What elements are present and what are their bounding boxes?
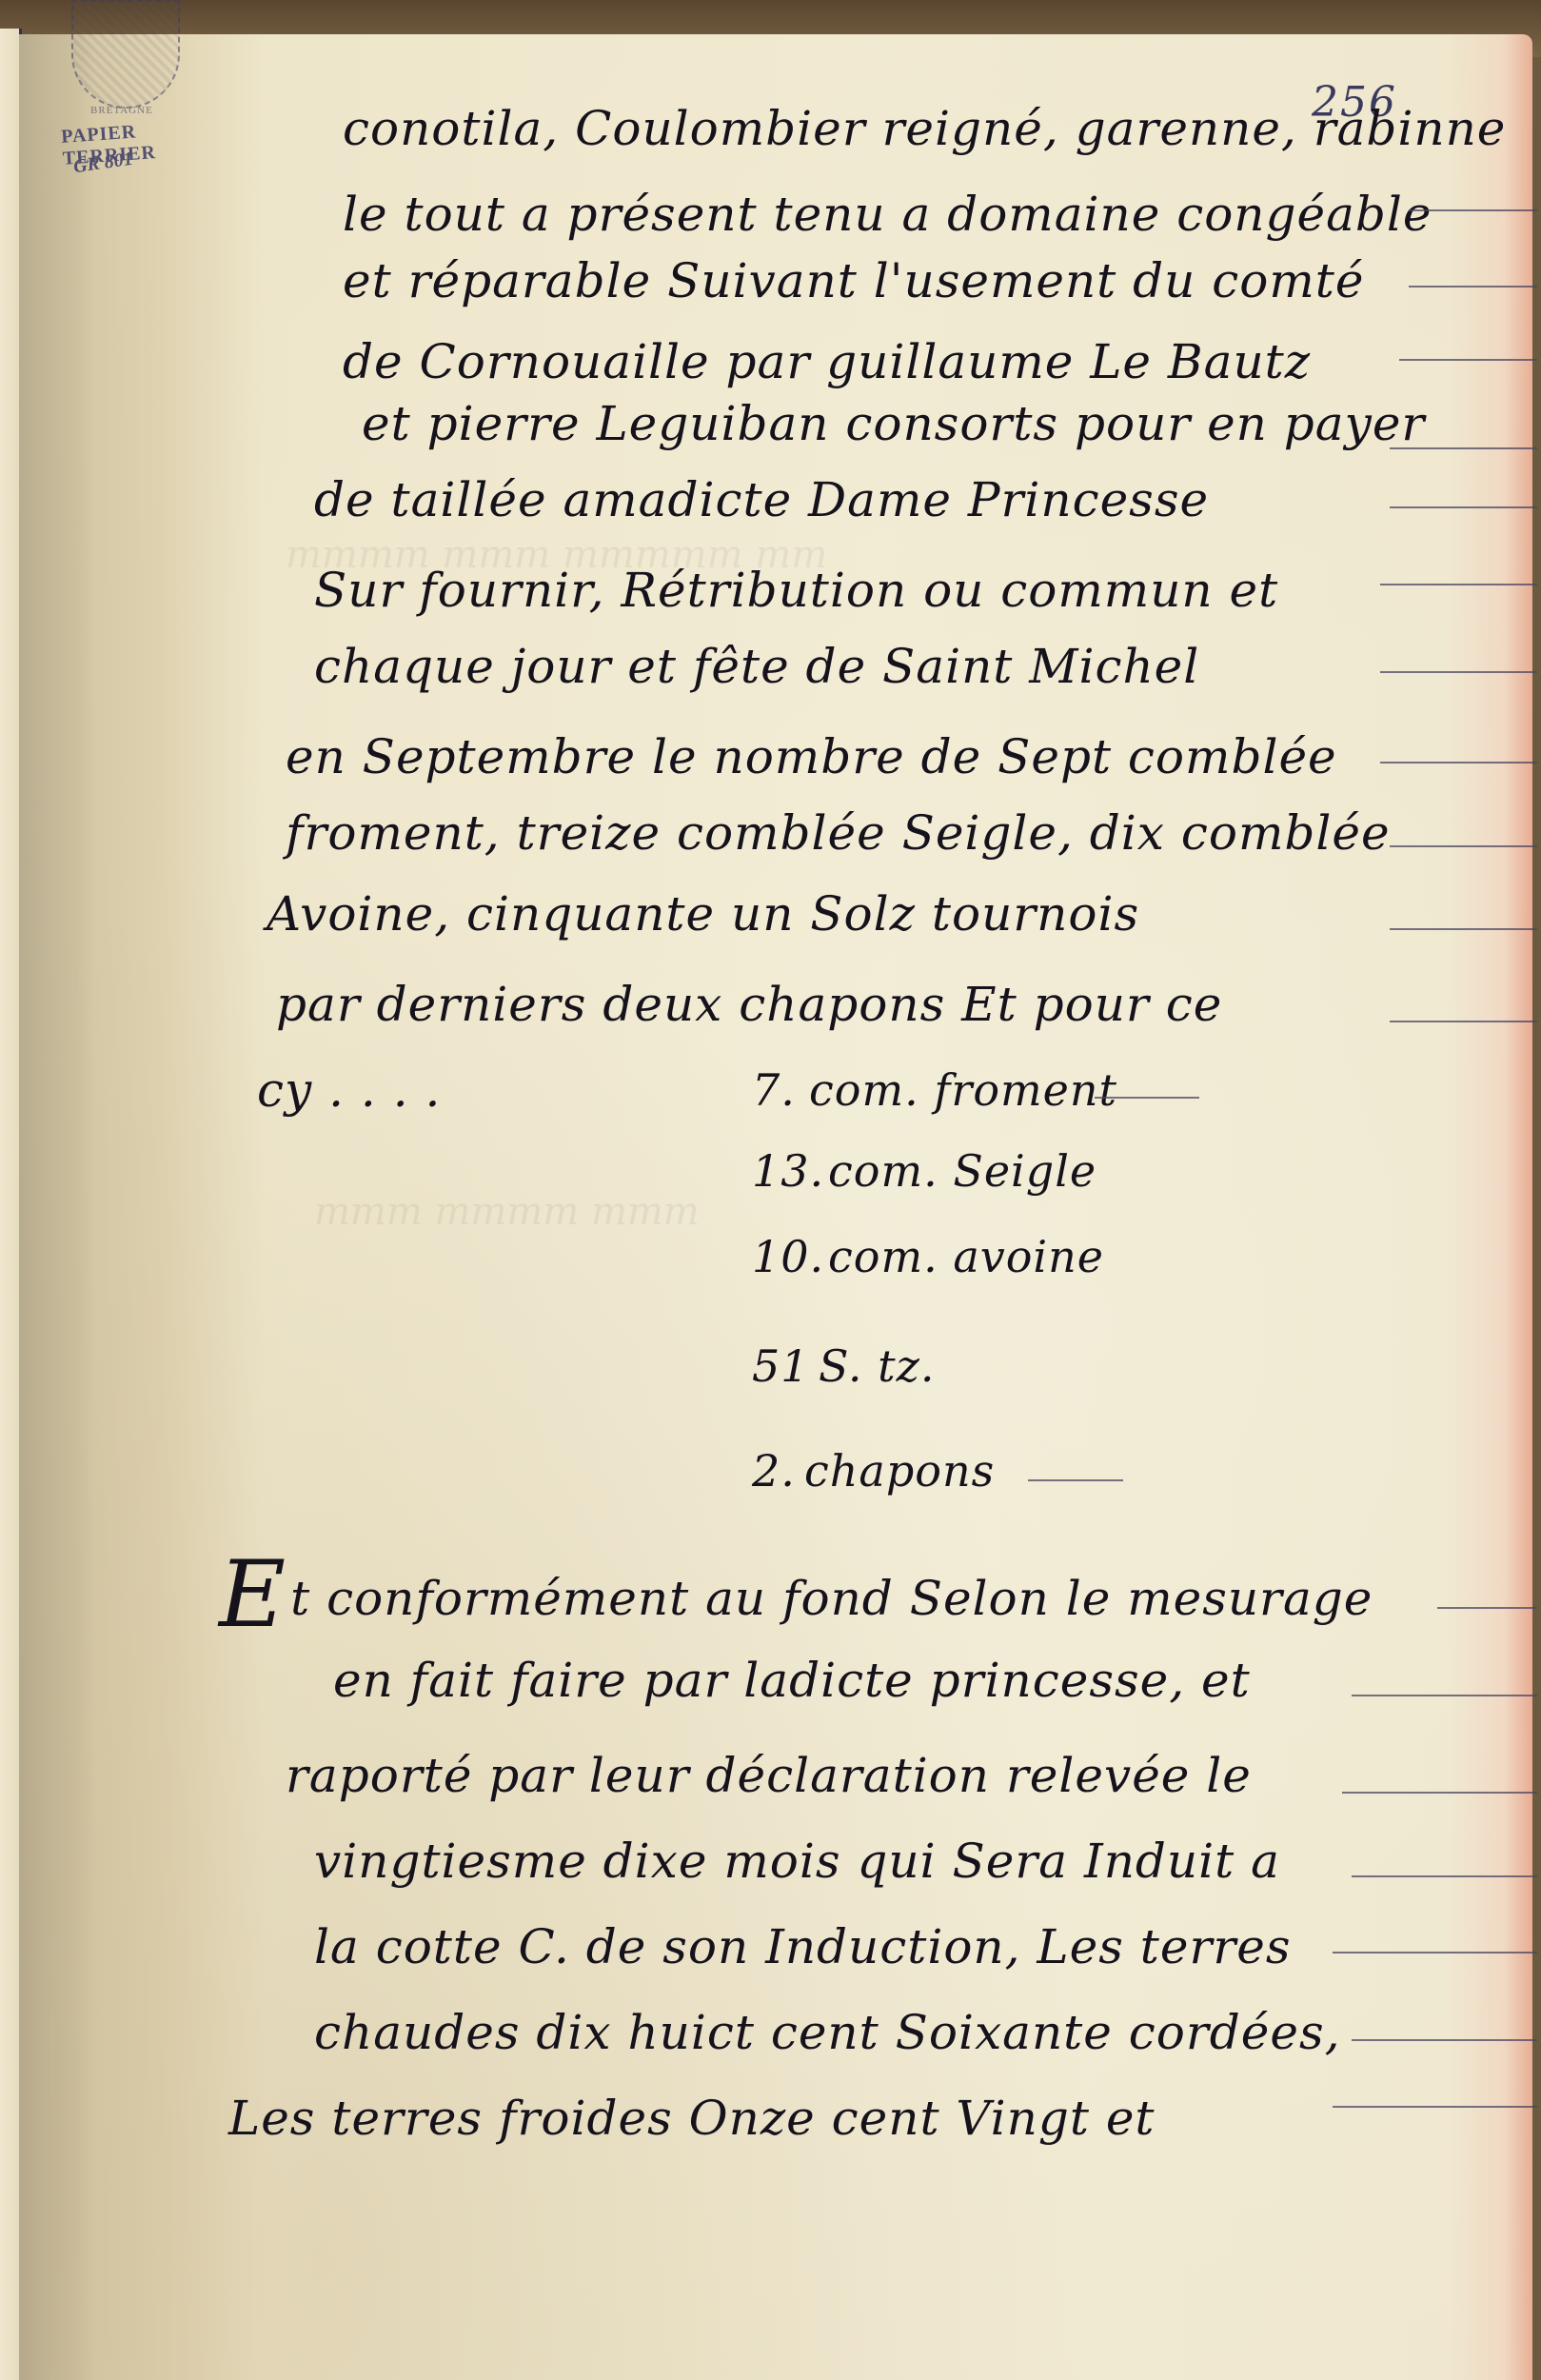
line-filler-stroke — [1409, 209, 1537, 211]
manuscript-line: Les terres froides Onze cent Vingt et — [0, 2085, 1541, 2152]
tally-item: com. Seigle — [828, 1138, 1096, 1204]
manuscript-line: de Cornouaille par guillaume Le Bautz — [0, 328, 1541, 395]
manuscript-line: vingtiesme dixe mois qui Sera Induit a — [0, 1828, 1541, 1894]
tally-quantity: 13. — [752, 1138, 824, 1204]
manuscript-line: par derniers deux chapons Et pour ce — [0, 971, 1541, 1038]
line-filler-stroke — [1390, 506, 1537, 508]
tally-entry: 51 S. tz. — [0, 1333, 1541, 1399]
manuscript-line: raporté par leur déclaration relevée le — [0, 1742, 1541, 1809]
manuscript-line: chaudes dix huict cent Soixante cordées, — [0, 1999, 1541, 2066]
line-filler-stroke — [1028, 1479, 1123, 1481]
tally-entry: 2. chapons — [0, 1438, 1541, 1504]
line-filler-stroke — [1380, 671, 1537, 673]
manuscript-line: et réparable Suivant l'usement du comté — [0, 248, 1541, 314]
tally-entry: 7. com. froment — [0, 1057, 1541, 1123]
tally-item: S. tz. — [819, 1333, 935, 1399]
tally-item: com. froment — [809, 1057, 1117, 1123]
line-filler-stroke — [1399, 359, 1537, 361]
manuscript-line: Sur fournir, Rétribution ou commun et — [0, 557, 1541, 624]
tally-quantity: 51 — [752, 1333, 810, 1399]
tally-item: chapons — [804, 1438, 995, 1504]
line-filler-stroke — [1333, 2106, 1537, 2108]
line-filler-stroke — [1095, 1097, 1199, 1099]
manuscript-line: en Septembre le nombre de Sept comblée — [0, 724, 1541, 790]
manuscript-line: la cotte C. de son Induction, Les terres — [0, 1914, 1541, 1980]
tally-quantity: 10. — [752, 1223, 824, 1290]
line-filler-stroke — [1333, 1952, 1537, 1954]
line-filler-stroke — [1390, 447, 1537, 449]
manuscript-line: de taillée amadicte Dame Princesse — [0, 466, 1541, 533]
manuscript-line: froment, treize comblée Seigle, dix comb… — [0, 800, 1541, 866]
manuscript-line: Avoine, cinquante un Solz tournois — [0, 881, 1541, 947]
line-filler-stroke — [1352, 1875, 1537, 1877]
line-filler-stroke — [1409, 286, 1537, 288]
manuscript-line: conotila, Coulombier reigné, garenne, ra… — [0, 95, 1541, 162]
line-filler-stroke — [1342, 1792, 1537, 1794]
drop-cap: E — [219, 1541, 286, 1648]
line-filler-stroke — [1352, 1695, 1537, 1696]
coat-of-arms-icon — [71, 0, 180, 109]
tally-quantity: 2. — [752, 1438, 796, 1504]
tally-quantity: 7. — [752, 1057, 796, 1123]
manuscript-line: et pierre Leguiban consorts pour en paye… — [0, 390, 1541, 457]
tally-entry: 10. com. avoine — [0, 1223, 1541, 1290]
tally-item: com. avoine — [828, 1223, 1104, 1290]
tally-entry: 13. com. Seigle — [0, 1138, 1541, 1204]
manuscript-line: en fait faire par ladicte princesse, et — [0, 1647, 1541, 1714]
line-filler-stroke — [1380, 584, 1537, 585]
line-filler-stroke — [1390, 928, 1537, 930]
line-filler-stroke — [1390, 1021, 1537, 1022]
line-filler-stroke — [1352, 2039, 1537, 2041]
line-filler-stroke — [1380, 762, 1537, 764]
manuscript-line: Et conformément au fond Selon le mesurag… — [0, 1561, 1541, 1628]
manuscript-line: chaque jour et fête de Saint Michel — [0, 633, 1541, 700]
manuscript-line: le tout a présent tenu a domaine congéab… — [0, 181, 1541, 248]
line-filler-stroke — [1390, 845, 1537, 847]
line-filler-stroke — [1437, 1607, 1537, 1609]
